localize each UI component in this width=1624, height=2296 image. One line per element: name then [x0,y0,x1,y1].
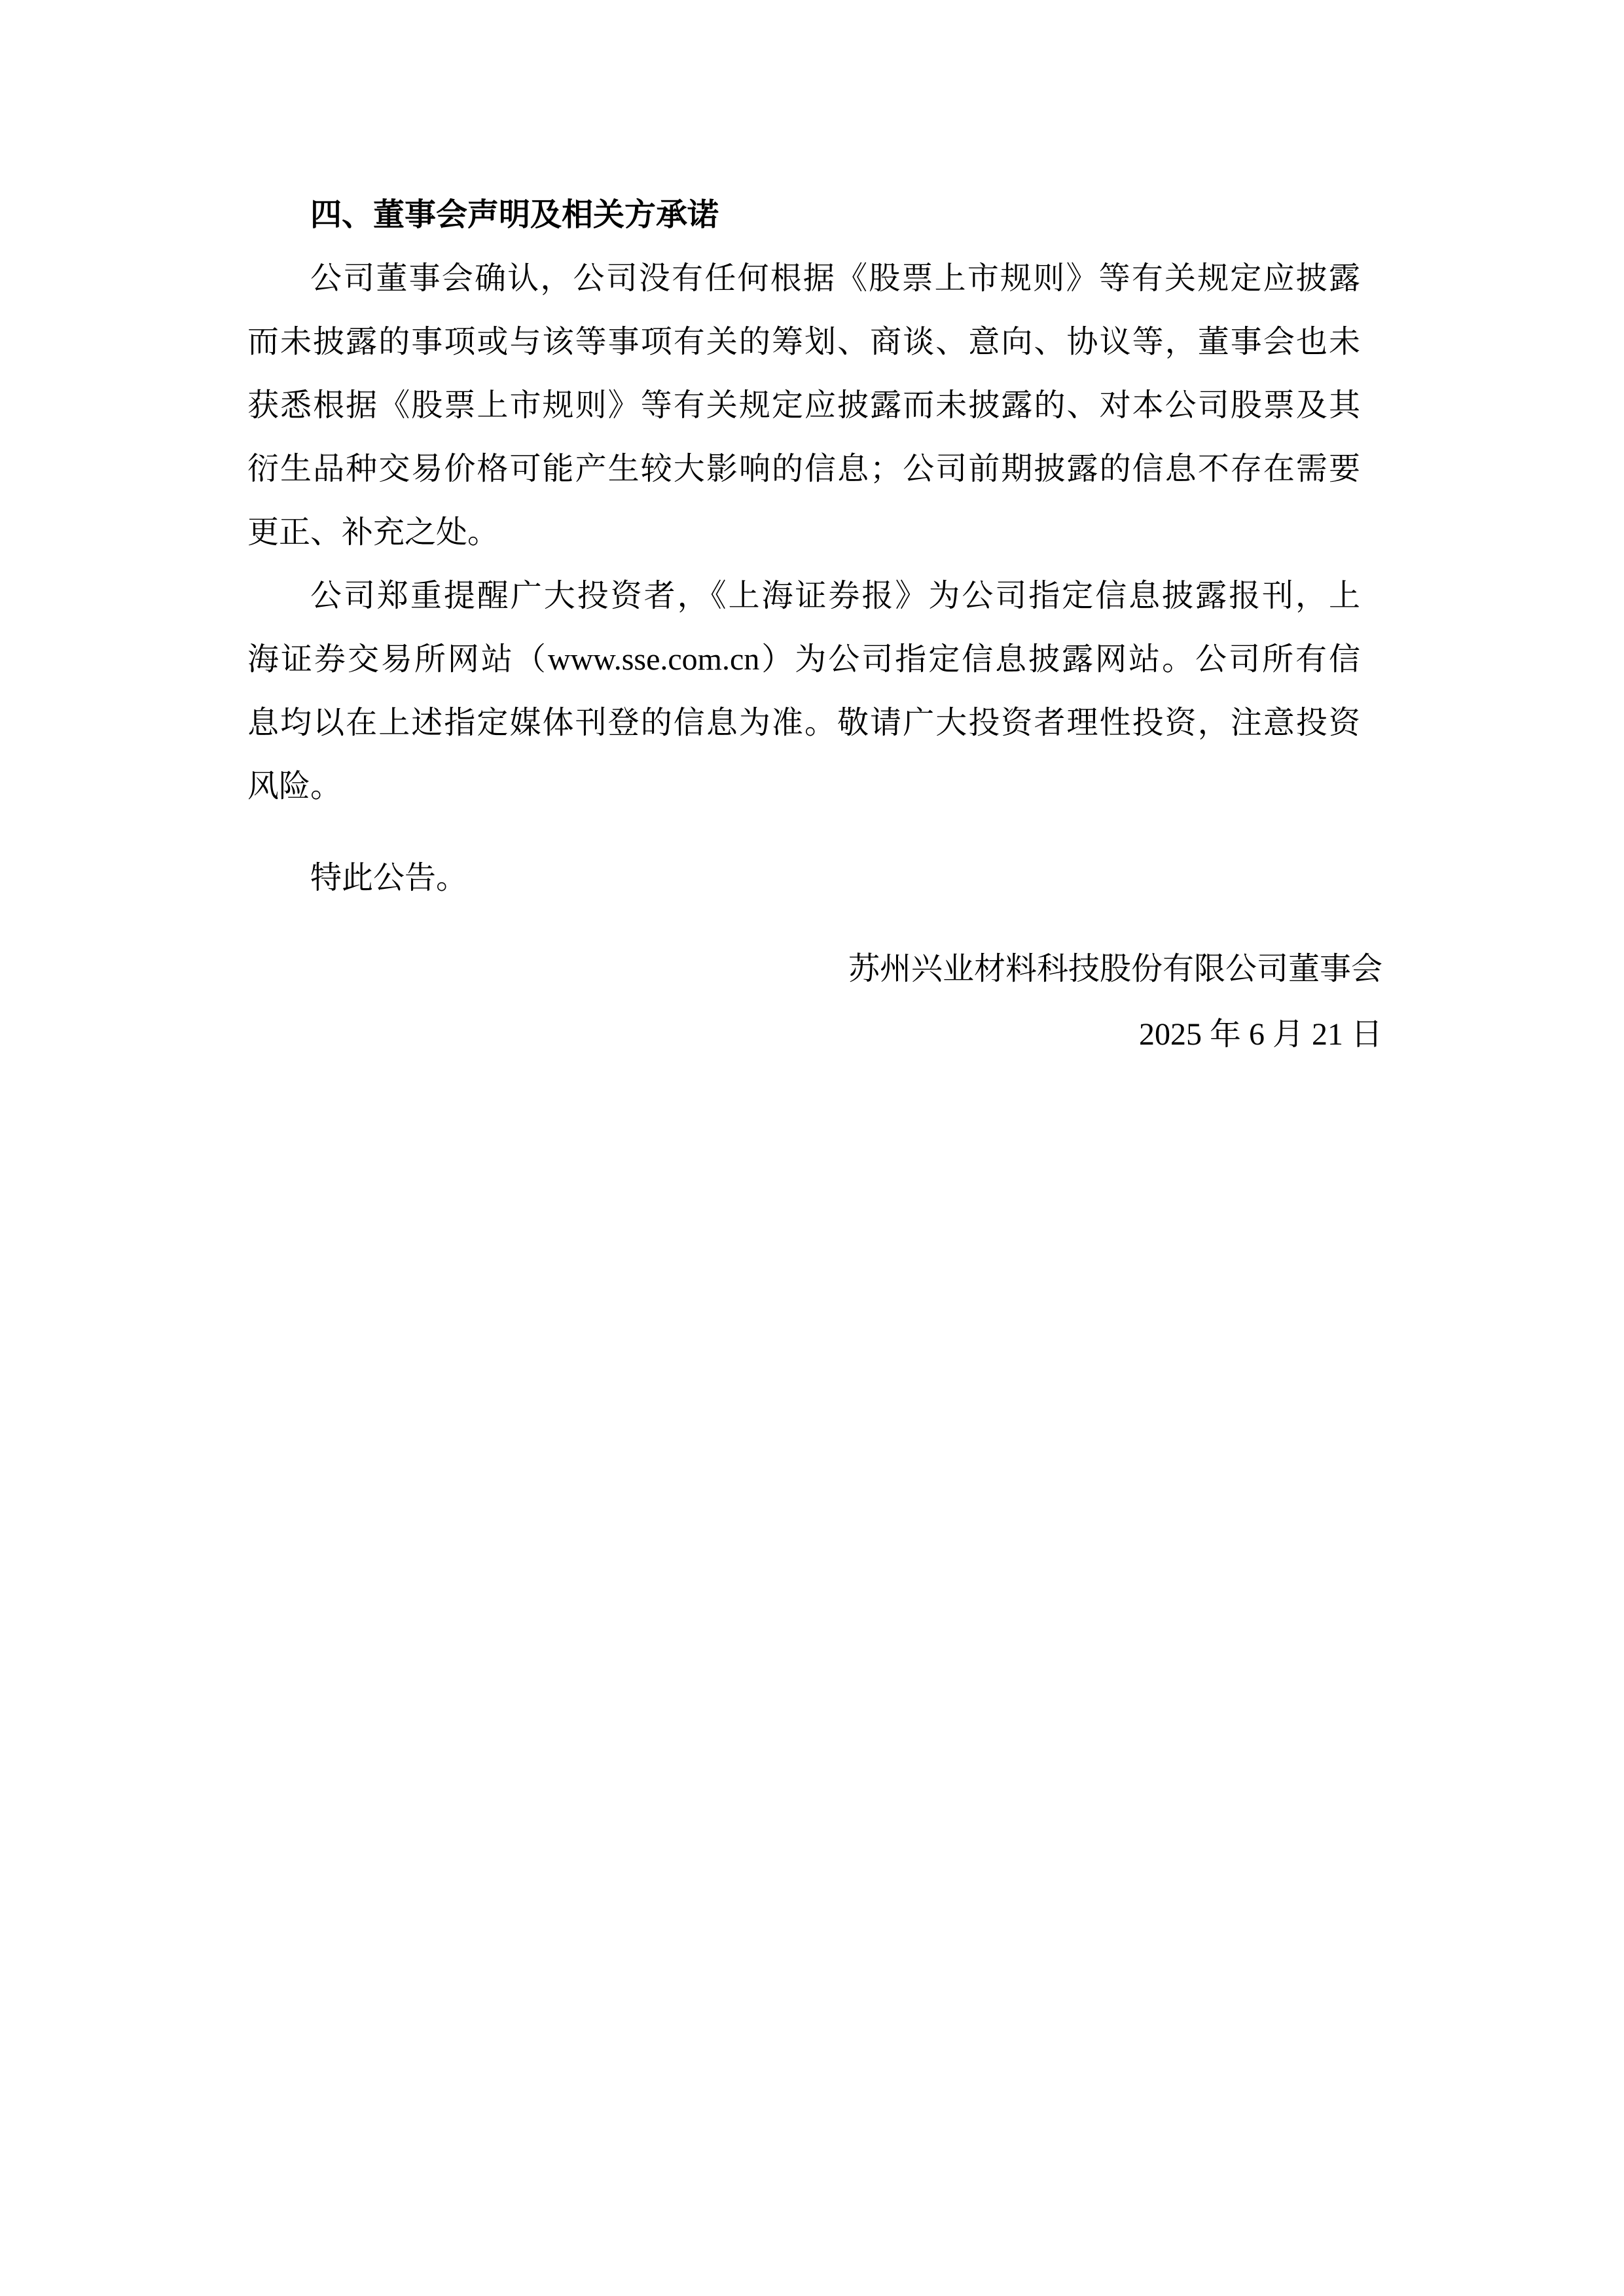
signature-company-board: 苏州兴业材料科技股份有限公司董事会 [247,937,1382,1001]
paragraph2-line3: 息均以在上述指定媒体刊登的信息为准。敬请广大投资者理性投资，注意投资 [247,691,1360,755]
paragraph2-line2: 海证券交易所网站（www.sse.com.cn）为公司指定信息披露网站。公司所有… [247,628,1360,691]
paragraph1-line4: 衍生品种交易价格可能产生较大影响的信息；公司前期披露的信息不存在需要 [247,437,1360,501]
document-page: 四、董事会声明及相关方承诺 公司董事会确认，公司没有任何根据《股票上市规则》等有… [0,0,1624,2296]
closing-statement: 特此公告。 [247,846,1360,910]
section-heading: 四、董事会声明及相关方承诺 [247,183,1360,247]
paragraph2-line1: 公司郑重提醒广大投资者，《上海证券报》为公司指定信息披露报刊，上 [247,564,1360,628]
document-body: 四、董事会声明及相关方承诺 公司董事会确认，公司没有任何根据《股票上市规则》等有… [247,183,1360,1066]
paragraph1-line1: 公司董事会确认，公司没有任何根据《股票上市规则》等有关规定应披露 [247,247,1360,310]
paragraph1-line2: 而未披露的事项或与该等事项有关的筹划、商谈、意向、协议等，董事会也未 [247,310,1360,374]
signature-date: 2025 年 6 月 21 日 [247,1003,1382,1066]
paragraph2-line4: 风险。 [247,755,1360,818]
paragraph1-line3: 获悉根据《股票上市规则》等有关规定应披露而未披露的、对本公司股票及其 [247,374,1360,437]
paragraph1-line5: 更正、补充之处。 [247,501,1360,564]
